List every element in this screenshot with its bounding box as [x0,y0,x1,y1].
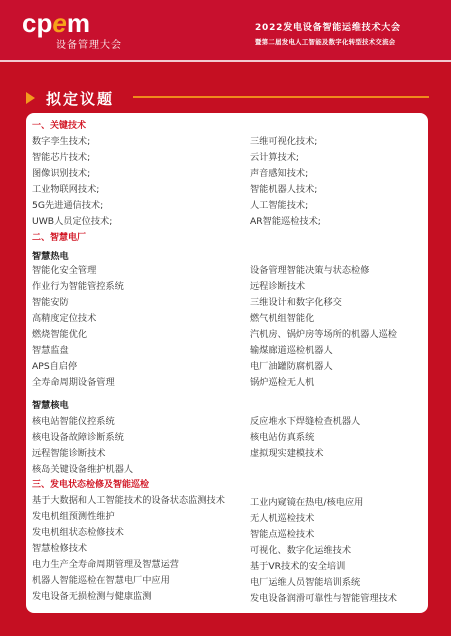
list-item: 智能安防 [32,295,133,311]
list-item: 可视化、数字化运维技术 [250,543,397,559]
list-item: 发电机组状态检修技术 [32,525,225,541]
list-item: 图像识别技术; [32,166,112,182]
cat3-right: 工业内窥镜在热电/核电应用 无人机巡检技术 智能点巡检技术 可视化、数字化运维技… [250,495,397,607]
list-item: AR智能巡检技术; [250,214,321,230]
list-item: 汽机房、锅炉房等场所的机器人巡检 [250,327,397,343]
list-item: 核电站智能仪控系统 [32,414,133,430]
list-item: 核岛关键设备维护机器人 [32,462,133,478]
list-item: 核电设备故障诊断系统 [32,430,133,446]
list-item: 发电设备润滑可靠性与智能管理技术 [250,591,397,607]
list-item: 智慧监盘 [32,343,133,359]
list-item: UWB人员定位技术; [32,214,112,230]
list-item: 发电设备无损检测与健康监测 [32,589,225,605]
list-item: 作业行为智能管控系统 [32,279,133,295]
cat2-right: 设备管理智能决策与状态检修 远程诊断技术 三维设计和数字化移交 燃气机组智能化 … [250,263,397,462]
list-item: 智能化安全管理 [32,263,133,279]
list-item: 三维设计和数字化移交 [250,295,397,311]
list-item: 声音感知技术; [250,166,321,182]
cat1-left: 一、关键技术 数字孪生技术; 智能芯片技术; 图像识别技术; 工业物联网技术; … [32,118,112,230]
conference-subtitle: 暨第二届发电人工智能及数字化转型技术交流会 [255,37,396,46]
list-item: 全寿命周期设备管理 [32,375,133,391]
category-title: 一、关键技术 [32,118,112,134]
list-item: 反应堆水下焊缝检查机器人 [250,414,397,430]
list-item: 虚拟现实建模技术 [250,446,397,462]
category-title: 三、发电状态检修及智能巡检 [32,477,225,493]
list-item: APS自启停 [32,359,133,375]
cat3-left: 三、发电状态检修及智能巡检 基于大数据和人工智能技术的设备状态监测技术 发电机组… [32,477,225,605]
header-divider [0,60,451,62]
conference-title: 2022发电设备智能运维技术大会 [255,20,401,33]
list-item: 工业物联网技术; [32,182,112,198]
topics-card: 一、关键技术 数字孪生技术; 智能芯片技术; 图像识别技术; 工业物联网技术; … [26,113,428,613]
list-item: 三维可视化技术; [250,134,321,150]
list-item: 燃气机组智能化 [250,311,397,327]
subcategory-title: 智慧热电 [32,250,133,263]
list-item: 燃烧智能优化 [32,327,133,343]
category-title: 二、智慧电厂 [32,230,133,246]
list-item: 远程诊断技术 [250,279,397,295]
list-item: 电厂运维人员智能培训系统 [250,575,397,591]
list-item: 基于VR技术的安全培训 [250,559,397,575]
subcategory-title: 智慧核电 [32,398,133,414]
list-item: 高精度定位技术 [32,311,133,327]
section-heading: 拟定议题 [26,88,114,108]
cat2-left: 二、智慧电厂 智慧热电 智能化安全管理 作业行为智能管控系统 智能安防 高精度定… [32,230,133,478]
list-item: 数字孪生技术; [32,134,112,150]
list-item: 机器人智能巡检在智慧电厂中应用 [32,573,225,589]
list-item: 5G先进通信技术; [32,198,112,214]
list-item: 远程智能诊断技术 [32,446,133,462]
cpem-logo: cpem [22,10,90,36]
header-banner: cpem 设备管理大会 2022发电设备智能运维技术大会 暨第二届发电人工智能及… [0,0,451,60]
logo-subtitle: 设备管理大会 [56,36,122,51]
list-item: 输煤廊道巡检机器人 [250,343,397,359]
list-item: 电厂油罐防腐机器人 [250,359,397,375]
list-item: 发电机组预测性维护 [32,509,225,525]
list-item: 智能点巡检技术 [250,527,397,543]
list-item: 人工智能技术; [250,198,321,214]
list-item: 锅炉巡检无人机 [250,375,397,391]
list-item: 无人机巡检技术 [250,511,397,527]
list-item: 核电站仿真系统 [250,430,397,446]
cat1-right: 三维可视化技术; 云计算技术; 声音感知技术; 智能机器人技术; 人工智能技术;… [250,134,321,230]
list-item: 智能机器人技术; [250,182,321,198]
list-item: 电力生产全寿命周期管理及智慧运营 [32,557,225,573]
list-item: 基于大数据和人工智能技术的设备状态监测技术 [32,493,225,509]
list-item: 云计算技术; [250,150,321,166]
list-item: 设备管理智能决策与状态检修 [250,263,397,279]
section-title: 拟定议题 [46,88,114,109]
list-item: 工业内窥镜在热电/核电应用 [250,495,397,511]
triangle-bullet-icon [26,92,35,104]
list-item: 智慧检修技术 [32,541,225,557]
list-item: 智能芯片技术; [32,150,112,166]
heading-rule [133,96,429,98]
